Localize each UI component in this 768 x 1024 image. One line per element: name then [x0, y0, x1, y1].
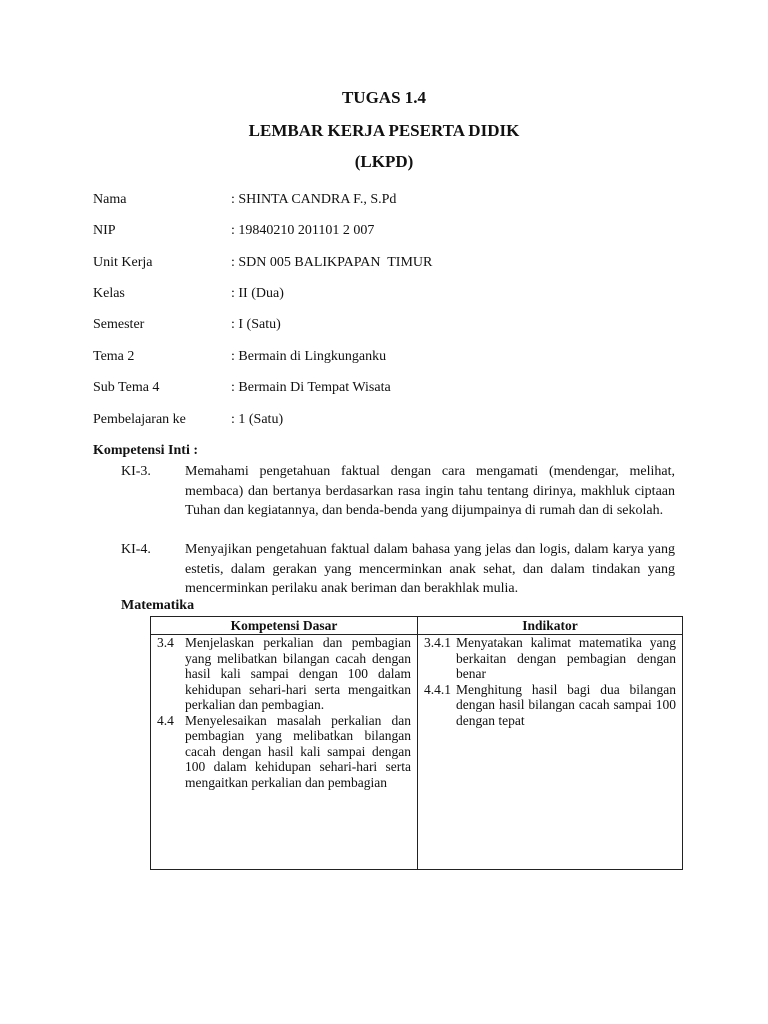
header-indikator: Indikator — [418, 617, 683, 635]
value-sub-tema: : Bermain Di Tempat Wisata — [231, 380, 391, 396]
indicator-code: 4.4.1 — [424, 682, 456, 729]
label-sub-tema: Sub Tema 4 — [93, 380, 159, 396]
value-tema: : Bermain di Lingkunganku — [231, 349, 386, 365]
kd-text: Menjelaskan perkalian dan pembagian yang… — [185, 635, 411, 713]
indikator-cell: 3.4.1 Menyatakan kalimat matematika yang… — [418, 635, 683, 870]
ki3-code: KI-3. — [121, 462, 151, 482]
label-semester: Semester — [93, 317, 144, 333]
label-tema: Tema 2 — [93, 349, 134, 365]
indicator-item: 3.4.1 Menyatakan kalimat matematika yang… — [424, 635, 676, 682]
document-subtitle: LEMBAR KERJA PESERTA DIDIK — [0, 121, 768, 141]
value-kelas: : II (Dua) — [231, 286, 284, 302]
value-nip: : 19840210 201101 2 007 — [231, 223, 374, 239]
table-row: 3.4 Menjelaskan perkalian dan pembagian … — [151, 635, 683, 870]
indicator-code: 3.4.1 — [424, 635, 456, 682]
kompetensi-dasar-cell: 3.4 Menjelaskan perkalian dan pembagian … — [151, 635, 418, 870]
indicator-item: 4.4.1 Menghitung hasil bagi dua bilangan… — [424, 682, 676, 729]
indicator-text: Menghitung hasil bagi dua bilangan denga… — [456, 682, 676, 729]
competency-table: Kompetensi Dasar Indikator 3.4 Menjelask… — [150, 616, 683, 870]
label-kelas: Kelas — [93, 286, 125, 302]
label-pembelajaran: Pembelajaran ke — [93, 412, 186, 428]
indicator-text: Menyatakan kalimat matematika yang berka… — [456, 635, 676, 682]
label-nip: NIP — [93, 223, 116, 239]
header-kompetensi-dasar: Kompetensi Dasar — [151, 617, 418, 635]
kompetensi-inti-heading: Kompetensi Inti : — [93, 443, 198, 459]
document-title: TUGAS 1.4 — [0, 88, 768, 108]
subject-heading: Matematika — [121, 598, 194, 614]
kd-code: 3.4 — [157, 635, 185, 713]
document-abbreviation: (LKPD) — [0, 152, 768, 172]
value-unit-kerja: : SDN 005 BALIKPAPAN TIMUR — [231, 255, 432, 271]
value-pembelajaran: : 1 (Satu) — [231, 412, 283, 428]
label-nama: Nama — [93, 192, 126, 208]
value-nama: : SHINTA CANDRA F., S.Pd — [231, 192, 396, 208]
value-semester: : I (Satu) — [231, 317, 281, 333]
ki4-text: Menyajikan pengetahuan faktual dalam bah… — [185, 540, 675, 599]
ki4-code: KI-4. — [121, 540, 151, 560]
kd-code: 4.4 — [157, 713, 185, 791]
ki3-text: Memahami pengetahuan faktual dengan cara… — [185, 462, 675, 521]
kd-item: 4.4 Menyelesaikan masalah perkalian dan … — [157, 713, 411, 791]
kd-text: Menyelesaikan masalah perkalian dan pemb… — [185, 713, 411, 791]
kd-item: 3.4 Menjelaskan perkalian dan pembagian … — [157, 635, 411, 713]
label-unit-kerja: Unit Kerja — [93, 255, 152, 271]
